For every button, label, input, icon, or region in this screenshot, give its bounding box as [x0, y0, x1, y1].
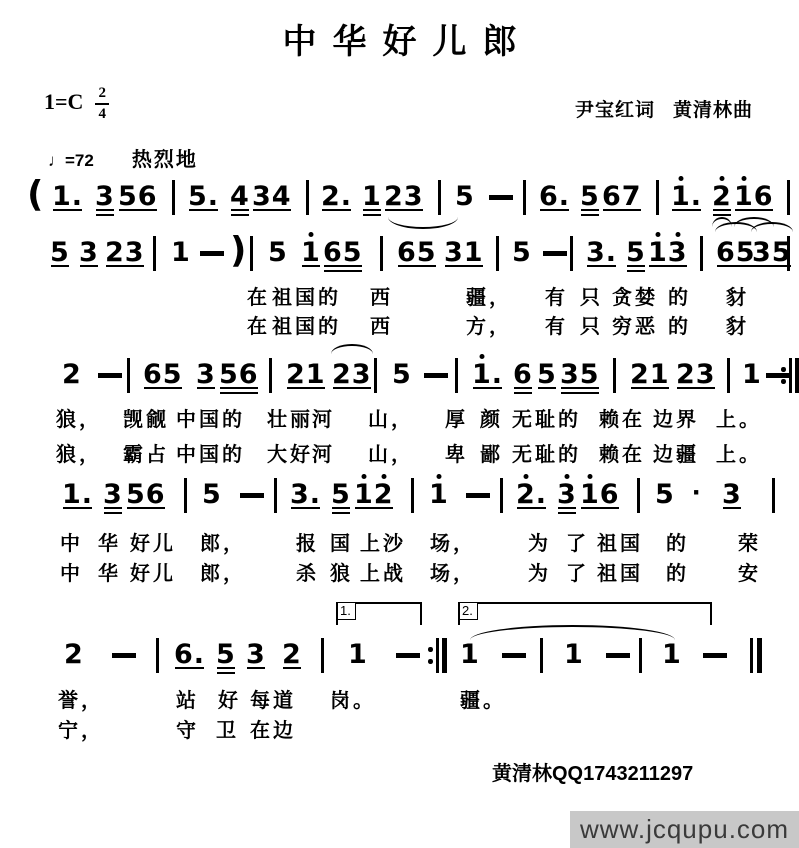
underline: [104, 507, 122, 510]
lyric-text: 场，: [430, 527, 476, 556]
glyph: 1: [464, 239, 484, 267]
barline: [156, 638, 159, 673]
note: 13: [648, 239, 688, 267]
underline: [672, 209, 701, 212]
glyph: 2: [64, 641, 84, 669]
glyph: .: [72, 183, 83, 211]
note: 5: [268, 239, 288, 267]
lyric-text: 贪婪: [612, 281, 658, 310]
score: (1.3565.4342.12356.5671.21653231)5165653…: [0, 0, 799, 848]
lyric-text: 赖在: [599, 403, 645, 432]
lyric-text: 豺: [726, 281, 749, 310]
glyph: 3: [557, 481, 577, 509]
glyph: 7: [622, 183, 642, 211]
lyric-text: 只: [580, 310, 603, 339]
glyph: 1: [429, 481, 449, 509]
underline: [104, 512, 122, 515]
underline: [332, 512, 350, 515]
thin-bar: [789, 358, 792, 393]
barline: [411, 478, 414, 513]
lyric-text: 无耻的: [512, 403, 581, 432]
note: 2: [282, 641, 302, 669]
glyph: 2: [62, 361, 82, 389]
underline: [398, 265, 436, 268]
glyph: (: [27, 178, 43, 212]
repeat-barline: [781, 358, 799, 393]
music-line-3: 265356212351.653521231: [0, 361, 799, 391]
slur-arc: [331, 344, 373, 354]
octave-dot: [436, 474, 441, 479]
note: 1: [564, 641, 584, 669]
note: 35: [752, 239, 792, 267]
note: 5: [655, 481, 675, 509]
underline: [561, 387, 599, 390]
glyph: .: [606, 239, 617, 267]
note: 1.: [671, 183, 702, 211]
lyric-text: 郎，: [200, 527, 246, 556]
lyric-text: 誉，: [58, 684, 104, 713]
underline: [80, 265, 98, 268]
octave-dot: [308, 232, 313, 237]
lyric-line-2: 在祖国的西方，有只穷恶的豺: [0, 310, 799, 336]
lyric-line-7: 誉，站好每道岗。疆。: [0, 684, 799, 710]
glyph: .: [208, 183, 219, 211]
duration-dash: [396, 653, 420, 658]
lyric-text: 西: [370, 310, 393, 339]
note: 1: [460, 641, 480, 669]
lyric-text: 好儿: [130, 527, 176, 556]
volta-bracket: 2.: [458, 602, 712, 625]
lyric-text: 岗。: [330, 684, 376, 713]
glyph: 3: [752, 239, 772, 267]
repeat-dot: [781, 379, 786, 384]
duration-dash: [466, 493, 490, 498]
underline: [355, 507, 393, 510]
watermark-link[interactable]: www.jcqupu.com: [570, 811, 799, 848]
underline: [231, 214, 249, 217]
sheet-music-page: 中华好儿郎 1=C24 尹宝红词黄清林曲 ♩=72热烈地 (1.3565.434…: [0, 0, 799, 848]
glyph: 3: [246, 641, 266, 669]
note: 5: [392, 361, 412, 389]
music-line-4: 1.35653.51212.3165·3: [0, 481, 799, 511]
final-barline: [750, 638, 764, 673]
glyph: 3: [103, 481, 123, 509]
barline: [455, 358, 458, 393]
lyric-text: 祖国: [597, 557, 643, 586]
barline: [500, 478, 503, 513]
glyph: 5: [580, 361, 600, 389]
note: 5: [455, 183, 475, 211]
glyph: ): [230, 234, 246, 268]
underline: [581, 214, 599, 217]
repeat-dot: [428, 659, 433, 664]
glyph: 2: [374, 481, 394, 509]
volta-label: 1.: [338, 603, 356, 620]
barline: [184, 478, 187, 513]
note: 1: [348, 641, 368, 669]
duration-dash: [703, 653, 727, 658]
underline: [538, 387, 556, 390]
note: 3: [722, 481, 742, 509]
duration-dash: [424, 373, 448, 378]
underline: [558, 512, 576, 515]
barline: [496, 236, 499, 271]
note: 1: [171, 239, 191, 267]
glyph: 3: [352, 361, 372, 389]
underline: [96, 214, 114, 217]
glyph: 6: [513, 361, 533, 389]
underline: [291, 507, 320, 510]
lyric-text: 穷恶: [612, 310, 658, 339]
lyric-text: 站: [176, 684, 199, 713]
glyph: 2: [105, 239, 125, 267]
lyric-text: 在: [247, 281, 270, 310]
underline: [283, 667, 301, 670]
repeat-barline: [428, 638, 446, 673]
glyph: 3: [125, 239, 145, 267]
glyph: 1: [472, 361, 492, 389]
lyric-text: 安: [738, 557, 761, 586]
glyph: 6: [146, 481, 166, 509]
note: 31: [444, 239, 484, 267]
lyric-text: 为: [528, 527, 551, 556]
repeat-dot: [781, 367, 786, 372]
octave-dot: [587, 474, 592, 479]
note: 5: [580, 183, 600, 211]
barline: [172, 180, 175, 215]
note: 2.: [321, 183, 352, 211]
note: 5: [512, 239, 532, 267]
composer-contact: 黄清林QQ1743211297: [492, 757, 693, 786]
music-line-5: 26.5321111: [0, 641, 799, 671]
glyph: 3: [290, 481, 310, 509]
glyph: 3: [444, 239, 464, 267]
note: 2: [712, 183, 732, 211]
glyph: 5: [512, 239, 532, 267]
underline: [197, 387, 215, 390]
note: 3.: [290, 481, 321, 509]
glyph: 6: [539, 183, 559, 211]
glyph: 3: [696, 361, 716, 389]
glyph: 1: [348, 641, 368, 669]
underline: [247, 667, 265, 670]
octave-dot: [678, 176, 683, 181]
duration-dash: [200, 251, 224, 256]
underline: [514, 387, 532, 390]
glyph: .: [194, 641, 205, 669]
duration-dash: [112, 653, 136, 658]
underline: [677, 387, 715, 390]
note: 6.: [539, 183, 570, 211]
note: 65: [323, 239, 363, 267]
glyph: 6: [600, 481, 620, 509]
underline: [473, 387, 502, 390]
note: 3: [196, 361, 216, 389]
lyric-text: 颜: [480, 403, 503, 432]
barline: [637, 478, 640, 513]
barline: [700, 236, 703, 271]
barline: [374, 358, 377, 393]
note: 56: [219, 361, 259, 389]
underline: [51, 265, 69, 268]
barline: [639, 638, 642, 673]
note: 16: [580, 481, 620, 509]
glyph: 6: [602, 183, 622, 211]
lyric-text: 中: [60, 557, 83, 586]
lyric-text: 卫: [216, 714, 239, 743]
barline: [438, 180, 441, 215]
underline: [713, 214, 731, 217]
lyric-text: 山，: [368, 403, 414, 432]
barline: [540, 638, 543, 673]
glyph: 1: [671, 183, 691, 211]
glyph: 5: [188, 183, 208, 211]
underline: [735, 209, 773, 212]
lyric-text: 有: [545, 310, 568, 339]
glyph: 2: [712, 183, 732, 211]
lyric-text: 赖在: [599, 438, 645, 467]
underline: [581, 507, 619, 510]
lyric-text: 狼: [330, 557, 353, 586]
parenthesis: ): [230, 234, 246, 268]
glyph: 5: [626, 239, 646, 267]
underline: [363, 209, 381, 212]
note: 23: [676, 361, 716, 389]
glyph: 5: [118, 183, 138, 211]
lyric-text: 祖国: [597, 527, 643, 556]
underline: [220, 392, 258, 395]
note: 16: [734, 183, 774, 211]
note: 1.: [62, 481, 93, 509]
underline: [217, 667, 235, 670]
glyph: 6: [397, 239, 417, 267]
note: 2: [62, 361, 82, 389]
note: 2.: [516, 481, 547, 509]
lyric-text: 场，: [430, 557, 476, 586]
glyph: 3: [252, 183, 272, 211]
lyric-text: 上。: [716, 403, 762, 432]
lyric-line-5: 中华好儿郎，报国上沙场，为了祖国的荣: [0, 527, 799, 553]
note: 6: [513, 361, 533, 389]
glyph: 3: [560, 361, 580, 389]
glyph: 1: [648, 239, 668, 267]
note: 3: [103, 481, 123, 509]
underline: [217, 672, 235, 675]
duration-dash: [98, 373, 122, 378]
underline: [627, 265, 645, 268]
note: 67: [602, 183, 642, 211]
glyph: 1: [564, 641, 584, 669]
underline: [363, 214, 381, 217]
underline: [189, 209, 218, 212]
lyric-text: 狼，: [56, 438, 102, 467]
glyph: .: [492, 361, 503, 389]
barline: [269, 358, 272, 393]
lyric-text: 有: [545, 281, 568, 310]
underline: [753, 265, 791, 268]
thick-bar: [795, 358, 799, 393]
lyric-text: 的: [668, 281, 691, 310]
underline: [324, 265, 362, 268]
note: 21: [286, 361, 326, 389]
underline: [53, 209, 82, 212]
underline: [333, 387, 371, 390]
glyph: 5: [580, 183, 600, 211]
underline: [445, 265, 483, 268]
glyph: 5: [202, 481, 222, 509]
barline: [787, 180, 790, 215]
parenthesis: (: [27, 178, 43, 212]
lyric-text: 无耻的: [512, 438, 581, 467]
note: 65: [716, 239, 756, 267]
lyric-text: 祖国的: [272, 281, 341, 310]
barline: [727, 358, 730, 393]
glyph: 2: [630, 361, 650, 389]
glyph: .: [536, 481, 547, 509]
note: 1.: [472, 361, 503, 389]
glyph: 1: [52, 183, 72, 211]
note: 23: [384, 183, 424, 211]
lyric-text: 壮丽: [267, 403, 313, 432]
note: 1: [301, 239, 321, 267]
glyph: .: [559, 183, 570, 211]
underline: [231, 209, 249, 212]
lyric-text: 郎，: [200, 557, 246, 586]
glyph: 5: [331, 481, 351, 509]
lyric-text: 厚: [445, 403, 468, 432]
glyph: 5: [219, 361, 239, 389]
glyph: 1: [580, 481, 600, 509]
augmentation-dot: ·: [692, 479, 702, 507]
glyph: 1: [460, 641, 480, 669]
lyric-text: 方，: [466, 310, 512, 339]
lyric-text: 中国的: [176, 438, 245, 467]
lyric-text: 国: [330, 527, 353, 556]
glyph: 1: [354, 481, 374, 509]
lyric-text: 上沙: [360, 527, 406, 556]
note: 1: [429, 481, 449, 509]
lyric-text: 华: [98, 557, 121, 586]
glyph: 1: [306, 361, 326, 389]
note: 2: [64, 641, 84, 669]
barline: [153, 236, 156, 271]
lyric-text: 上。: [716, 438, 762, 467]
duration-dash: [502, 653, 526, 658]
underline: [127, 507, 165, 510]
glyph: 2: [516, 481, 536, 509]
glyph: 2: [286, 361, 306, 389]
lyric-text: 觊觎: [123, 403, 169, 432]
glyph: ·: [692, 479, 702, 507]
octave-dot: [479, 354, 484, 359]
lyric-text: 河: [312, 438, 335, 467]
note: 5.: [188, 183, 219, 211]
glyph: 6: [239, 361, 259, 389]
underline: [175, 667, 204, 670]
lyric-text: 鄙: [480, 438, 503, 467]
glyph: 1: [362, 183, 382, 211]
duration-dash: [543, 251, 567, 256]
lyric-text: 为: [528, 557, 551, 586]
underline: [581, 209, 599, 212]
glyph: 5: [50, 239, 70, 267]
glyph: 1: [742, 361, 762, 389]
underline: [713, 209, 731, 212]
lyric-line-4: 狼，霸占中国的大好河山，卑鄙无耻的赖在边疆上。: [0, 438, 799, 464]
underline: [514, 392, 532, 395]
thick-bar: [757, 638, 762, 673]
glyph: 5: [268, 239, 288, 267]
glyph: .: [691, 183, 702, 211]
underline: [717, 265, 755, 268]
tie-arc: [470, 625, 675, 640]
octave-dot: [719, 176, 724, 181]
underline: [723, 507, 741, 510]
glyph: 1: [734, 183, 754, 211]
barline: [656, 180, 659, 215]
octave-dot: [564, 474, 569, 479]
glyph: 3: [722, 481, 742, 509]
underline: [540, 209, 569, 212]
lyric-text: 的: [666, 557, 689, 586]
lyric-text: 守: [176, 714, 199, 743]
lyric-text: 宁，: [58, 714, 104, 743]
underline: [627, 270, 645, 273]
lyric-text: 了: [566, 557, 589, 586]
octave-dot: [655, 232, 660, 237]
lyric-text: 中: [60, 527, 83, 556]
lyric-text: 了: [566, 527, 589, 556]
barline: [250, 236, 253, 271]
lyric-text: 西: [370, 281, 393, 310]
lyric-text: 狼，: [56, 403, 102, 432]
lyric-line-1: 在祖国的西疆，有只贪婪的豺: [0, 281, 799, 307]
note: 3: [95, 183, 115, 211]
note: 23: [332, 361, 372, 389]
note: 5: [50, 239, 70, 267]
glyph: 3: [196, 361, 216, 389]
glyph: 6: [754, 183, 774, 211]
note: 1: [742, 361, 762, 389]
note: 3: [557, 481, 577, 509]
note: 1: [362, 183, 382, 211]
lyric-text: 每道: [250, 684, 296, 713]
barline: [570, 236, 573, 271]
underline: [322, 209, 351, 212]
underline: [385, 209, 423, 212]
glyph: 6: [174, 641, 194, 669]
lyric-text: 上战: [360, 557, 406, 586]
note: 5: [202, 481, 222, 509]
glyph: .: [341, 183, 352, 211]
glyph: 3: [404, 183, 424, 211]
note: 35: [560, 361, 600, 389]
lyric-text: 疆，: [466, 281, 512, 310]
glyph: 6: [323, 239, 343, 267]
barline: [380, 236, 383, 271]
note: 23: [105, 239, 145, 267]
glyph: 2: [332, 361, 352, 389]
octave-dot: [675, 232, 680, 237]
note: 1: [662, 641, 682, 669]
glyph: 5: [343, 239, 363, 267]
music-line-2: 53231)5165653153.5136535: [0, 239, 799, 269]
underline: [96, 209, 114, 212]
glyph: 5: [392, 361, 412, 389]
glyph: .: [310, 481, 321, 509]
volta-bracket: 1.: [336, 602, 422, 625]
lyric-line-8: 宁，守卫在边: [0, 714, 799, 740]
